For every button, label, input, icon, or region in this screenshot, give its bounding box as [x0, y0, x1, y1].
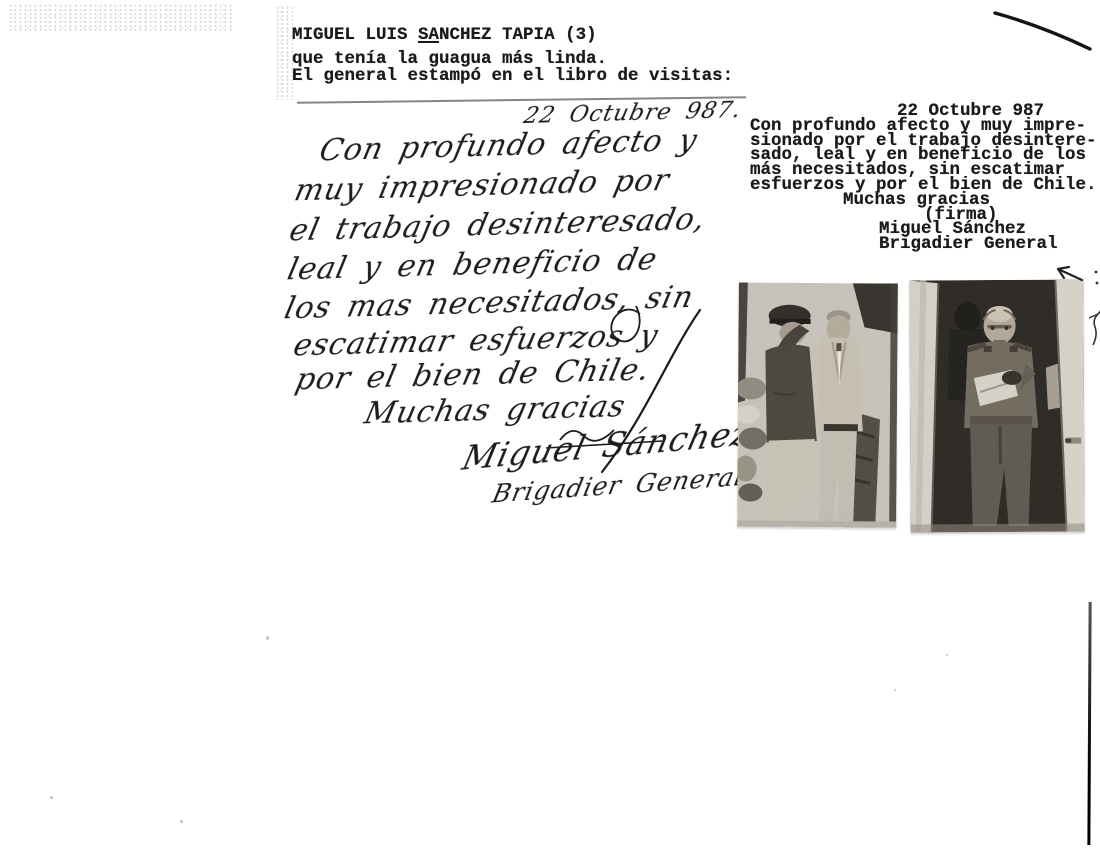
scanned-document-page: MIGUEL LUIS SANCHEZ TAPIA (3) que tenía … — [0, 0, 1100, 850]
left-arrow-pen-mark — [1058, 267, 1082, 280]
pen-marks-layer — [0, 0, 1100, 850]
vertical-pen-scribble — [1089, 271, 1100, 345]
diagonal-pen-stroke — [995, 13, 1090, 49]
